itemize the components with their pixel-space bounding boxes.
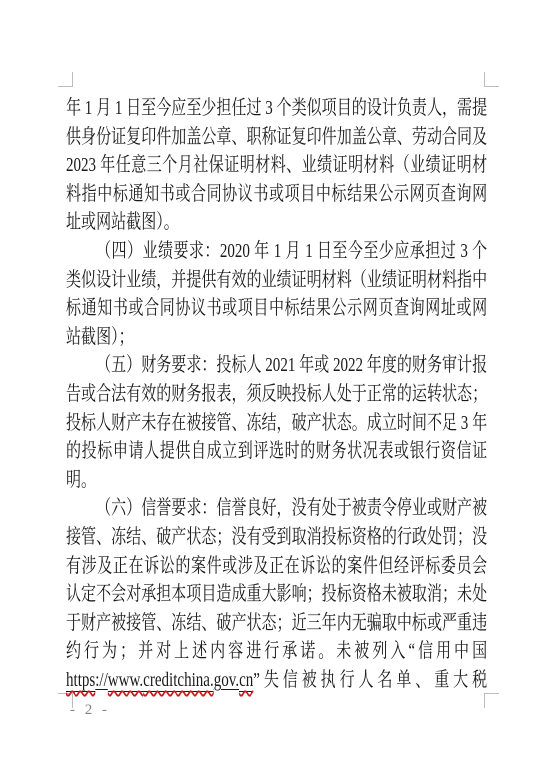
text-line: 年 1 月 1 日至今应至少担任过 3 个类似项目的设计负责人，需提 [66,94,487,123]
url-link[interactable]: cn [239,669,253,692]
paragraph: （四）业绩要求：2020 年 1 月 1 日至今至少应承担过 3 个类似设计业绩… [66,237,487,351]
text-line-url: https://www.creditchina.gov.cn”失信被执行人名单、… [66,666,487,695]
document-body: 年 1 月 1 日至今应至少担任过 3 个类似项目的设计负责人，需提供身份证复印… [66,94,487,694]
crop-mark-top-right [484,72,499,87]
text-line: 约行为；并对上述内容进行承诺。未被列入“信用中国 [66,637,487,666]
text-line: 站截图）； [66,323,487,352]
text-line: 告或合法有效的财务报表，须反映投标人处于正常的运转状态； [66,380,487,409]
document-page: 年 1 月 1 日至今应至少担任过 3 个类似项目的设计负责人，需提供身份证复印… [0,0,547,781]
page-number: - 2 - [70,702,110,719]
text-line: 明。 [66,466,487,495]
text-line: 的投标申请人提供自成立到评选时的财务状况表或银行资信证 [66,437,487,466]
text-line: （五）财务要求：投标人 2021 年或 2022 年度的财务审计报 [66,351,487,380]
text-line: （六）信誉要求：信誉良好，没有处于被责令停业或财产被 [66,494,487,523]
crop-mark-top-left [58,72,73,87]
text-line: 接管、冻结、破产状态；没有受到取消投标资格的行政处罚；没 [66,523,487,552]
url-link[interactable]: creditchina. [143,669,214,692]
text-line: 有涉及正在诉讼的案件或涉及正在诉讼的案件但经评标委员会 [66,552,487,581]
url-link[interactable]: https [66,669,95,692]
text-line: 料指中标通知书或合同协议书或项目中标结果公示网页查询网 [66,180,487,209]
url-link[interactable]: :// [95,669,108,691]
text-line: （四）业绩要求：2020 年 1 月 1 日至今至少应承担过 3 个 [66,237,487,266]
text-line: 址或网站截图）。 [66,208,487,237]
text-line: 2023 年任意三个月社保证明材料、业绩证明材料（业绩证明材 [66,151,487,180]
text-line: 认定不会对承担本项目造成重大影响；投标资格未被取消；未处 [66,580,487,609]
text-line: 供身份证复印件加盖公章、职称证复印件加盖公章、劳动合同及 [66,123,487,152]
text-run: ”失信被执行人名单、重大税 [253,669,487,691]
text-line: 类似设计业绩，并提供有效的业绩证明材料（业绩证明材料指中 [66,266,487,295]
paragraph: 年 1 月 1 日至今应至少担任过 3 个类似项目的设计负责人，需提供身份证复印… [66,94,487,237]
paragraph: （五）财务要求：投标人 2021 年或 2022 年度的财务审计报告或合法有效的… [66,351,487,494]
crop-mark-bottom-right [484,693,499,708]
url-link[interactable]: www. [108,669,143,692]
text-line: 标通知书或合同协议书或项目中标结果公示网页查询网址或网 [66,294,487,323]
paragraph: （六）信誉要求：信誉良好，没有处于被责令停业或财产被接管、冻结、破产状态；没有受… [66,494,487,694]
url-link[interactable]: gov. [214,669,239,691]
text-line: 于财产被接管、冻结、破产状态；近三年内无骗取中标或严重违 [66,609,487,638]
text-line: 投标人财产未存在被接管、冻结，破产状态。成立时间不足 3 年 [66,409,487,438]
